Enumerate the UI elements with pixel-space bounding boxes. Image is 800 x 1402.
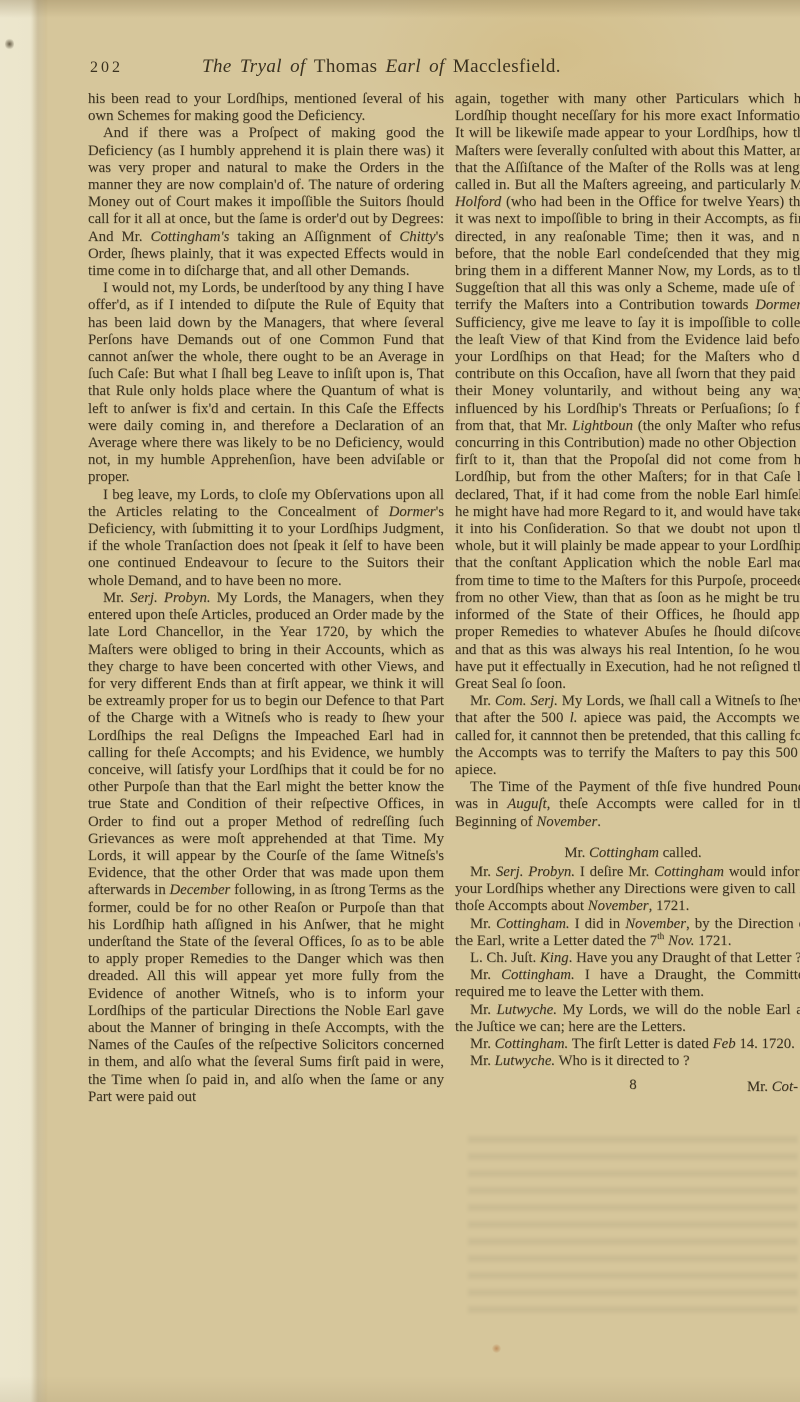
italic-text: December [169,882,230,898]
text: Mr. [470,967,501,983]
paragraph: Mr. Lutwyche. Who is it directed to ? [455,1053,800,1070]
text-column-right: again, together with many other Particul… [455,91,800,1097]
text: , 1721. [649,898,690,914]
italic-text: Cottingham. [496,916,570,932]
italic-text: Lutwyche. [495,1053,555,1069]
text: Mr. [470,864,496,880]
column-paragraphs: his been read to your Lordſhips, mention… [88,91,444,1106]
page-header: 202 The Tryal of Thomas Earl of Macclesf… [88,56,800,82]
text: My Lords, the Managers, when they entere… [88,590,444,898]
paragraph: L. Ch. Juſt. King. Have you any Draught … [455,950,800,967]
text: following, in as ſtrong Terms as the for… [88,882,444,1104]
paragraph: And if there was a Proſpect of making go… [88,125,444,280]
ink-bleedthrough [468,1136,798,1321]
paragraph: his been read to your Lordſhips, mention… [88,91,444,125]
italic-text: Dormer's [755,297,800,313]
paragraph: Mr. Cottingham. I did in November, by th… [455,916,800,950]
text: 14. 1720. [736,1036,795,1052]
text: Mr. [470,1053,495,1069]
text: Mr. [470,1002,497,1018]
paragraph: Mr. Serj. Probyn. I deſire Mr. Cottingha… [455,864,800,916]
italic-text: Nov. [668,933,694,949]
page-number: 202 [90,59,123,77]
italic-text: Cottingham's [151,229,230,245]
text: I deſire Mr. [575,864,654,880]
italic-text: King [540,950,569,966]
italic-text: Cottingham [589,845,659,861]
text: (the only Maſter who refus'd concurring … [455,418,800,692]
text-column-left: his been read to your Lordſhips, mention… [88,91,444,1106]
text: called. [659,845,702,861]
text: Mr. [470,916,496,932]
text: apiece. [455,762,496,778]
italic-text: Serj. Probyn. [496,864,575,880]
text: 1721. [694,933,731,949]
paragraph: Mr. Cottingham. The firſt Letter is date… [455,1036,800,1053]
signature-mark: 8 [629,1077,636,1093]
text: Mr. [564,845,589,861]
text: Who is it directed to ? [555,1053,690,1069]
italic-text: Feb [713,1036,736,1052]
paper-stain [492,1344,501,1353]
italic-text: Lightboun [572,418,633,434]
text: (who had been in the Office for twelve Y… [455,194,800,313]
paragraph: Mr. Com. Serj. My Lords, we ſhall call a… [455,693,800,779]
text: taking an Aſſignment of [229,229,399,245]
text: Sufficiency, give me leave to ſay it is … [455,315,800,434]
italic-text: Cot- [772,1079,798,1095]
text: I would not, my Lords, be underſtood by … [88,280,444,485]
italic-text: Lutwyche. [497,1002,557,1018]
text: Mr. [103,590,130,606]
page-edge [0,0,52,1402]
paragraph: I beg leave, my Lords, to cloſe my Obſer… [88,487,444,590]
italic-text: Cottingham. [495,1036,569,1052]
catchword: Mr. Cot- [747,1079,798,1096]
page-footer: 8 Mr. Cot- [455,1077,800,1097]
text: his been read to your Lordſhips, mention… [88,91,444,124]
text: And if there was a Proſpect of making go… [88,125,444,244]
text-columns: his been read to your Lordſhips, mention… [88,91,800,1106]
column-paragraphs: again, together with many other Particul… [455,91,800,1070]
text: L. Ch. Juſt. [470,950,540,966]
page-content: 202 The Tryal of Thomas Earl of Macclesf… [88,56,800,1106]
page-title: The Tryal of Thomas Earl of Macclesfield… [202,56,561,78]
italic-text: Serj. Probyn. [130,590,210,606]
text: again, together with many other Particul… [455,91,800,193]
text: Thomas [314,56,386,77]
paragraph: The Time of the Payment of thſe five hun… [455,779,800,831]
text: . Have you any Draught of that Letter ? [569,950,800,966]
paragraph: Mr. Cottingham. I have a Draught, the Co… [455,967,800,1001]
paragraph: Mr. Lutwyche. My Lords, we will do the n… [455,1002,800,1036]
italic-text: November [588,898,649,914]
scan-top-shadow [0,0,800,18]
scan-bottom-shadow [0,1376,800,1402]
paragraph: Mr. Serj. Probyn. My Lords, the Managers… [88,590,444,1106]
italic-text: November [625,916,686,932]
italic-text: The Tryal of [202,56,314,77]
italic-text: Cottingham [654,864,724,880]
text: Macclesfield. [453,56,561,77]
italic-text: Dormer [389,504,436,520]
italic-text: Earl of [386,56,453,77]
centered-line: Mr. Cottingham called. [455,845,800,862]
text: Mr. [470,693,495,709]
paragraph: I would not, my Lords, be underſtood by … [88,280,444,486]
text: Mr. [470,1036,495,1052]
italic-text: Holford [455,194,501,210]
paragraph: again, together with many other Particul… [455,91,800,693]
text: . [597,814,601,830]
italic-text: Auguſt [507,796,546,812]
italic-text: November [536,814,597,830]
text: The firſt Letter is dated [568,1036,712,1052]
italic-text: Cottingham. [501,967,575,983]
text: I did in [570,916,626,932]
book-page-scan: 202 The Tryal of Thomas Earl of Macclesf… [0,0,800,1402]
text: Mr. [747,1079,772,1095]
italic-text: Com. Serj. [495,693,558,709]
italic-text: Chitty [399,229,435,245]
